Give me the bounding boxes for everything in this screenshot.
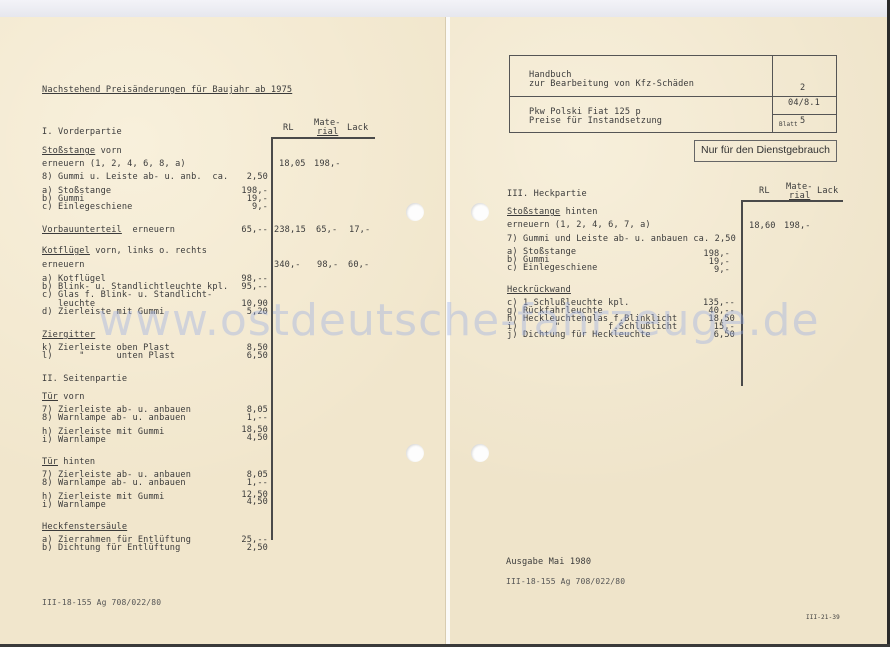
print-code: III-21-39 xyxy=(806,613,840,622)
header-sheet-number: 5 xyxy=(800,117,805,126)
part-label: c) Einlegeschiene xyxy=(507,264,598,273)
heading-suffix: vorn xyxy=(58,392,85,402)
part-value: 2,50 xyxy=(218,544,268,553)
renew-material-value: 198,- xyxy=(314,160,341,169)
column-header-lack: Lack xyxy=(347,124,368,133)
part-label: b) Dichtung für Entlüftung xyxy=(42,544,180,553)
column-header-rl: RL xyxy=(283,124,294,133)
part-value: 4,50 xyxy=(218,434,268,443)
heading-text: Tür xyxy=(42,457,58,467)
heading-suffix: vorn, links o. rechts xyxy=(90,246,207,256)
header-divider-small xyxy=(772,114,837,115)
scanner-background xyxy=(0,0,890,17)
left-footer-code: III-18-155 Ag 708/022/80 xyxy=(42,598,161,607)
column-header-material-2: rial xyxy=(317,128,338,137)
part-label: 8) Warnlampe ab- u. anbauen xyxy=(42,414,186,423)
header-line2: zur Bearbeitung von Kfz-Schäden xyxy=(529,80,694,89)
heading-ziergitter: Ziergitter xyxy=(42,331,95,340)
column-header-rl: RL xyxy=(759,187,770,196)
part-label: 8) Warnlampe ab- u. anbauen xyxy=(42,479,186,488)
column-divider xyxy=(741,200,743,386)
heading-suffix: erneuern xyxy=(122,225,175,235)
renew-line: erneuern (1, 2, 4, 6, 7, a) xyxy=(507,221,651,230)
vorbau-value: 65,-- xyxy=(218,226,268,235)
header-divider xyxy=(510,96,836,97)
heading-suffix: hinten xyxy=(58,457,95,467)
part-value: 1,-- xyxy=(218,479,268,488)
part-value: 9,- xyxy=(680,266,730,275)
part-value: 9,- xyxy=(218,203,268,212)
renew-rl-value: 18,05 xyxy=(279,160,306,169)
section-title-seitenpartie: II. Seitenpartie xyxy=(42,375,127,384)
section-title-heckpartie: III. Heckpartie xyxy=(507,190,587,199)
heading-text: Kotflügel xyxy=(42,246,90,256)
column-header-lack: Lack xyxy=(817,187,838,196)
watermark: www.ostdeutsche-fahrzeuge.de xyxy=(98,296,820,346)
part-value: 6,50 xyxy=(218,352,268,361)
line7-label: 7) Gummi und Leiste ab- u. anbauen ca. 2… xyxy=(507,235,736,244)
column-header-rule xyxy=(271,137,375,139)
kotfluegel-rl: 340,- xyxy=(274,261,301,270)
header-divider-vertical xyxy=(772,56,773,132)
renew-rl-value: 18,60 xyxy=(749,222,776,231)
column-header-rule xyxy=(741,200,843,202)
edition-note: Ausgabe Mai 1980 xyxy=(506,558,591,567)
heading-suffix: vorn xyxy=(95,146,122,156)
part-value: 1,-- xyxy=(218,414,268,423)
part-label: i) Warnlampe xyxy=(42,436,106,445)
kotfluegel-material: 98,- xyxy=(317,261,338,270)
header-subject: Preise für Instandsetzung xyxy=(529,117,662,126)
heading-stossstange-hinten: Stoßstange hinten xyxy=(507,208,598,217)
vorbau-rl: 238,15 xyxy=(274,226,306,235)
heading-kotfluegel: Kotflügel vorn, links o. rechts xyxy=(42,247,207,256)
punch-hole-left-bottom xyxy=(406,444,424,462)
line8-value: 2,50 xyxy=(228,173,268,182)
kotfluegel-lack: 60,- xyxy=(348,261,369,270)
heading-heckrueckwand: Heckrückwand xyxy=(507,286,571,295)
punch-hole-right-top xyxy=(471,203,489,221)
renew-material-value: 198,- xyxy=(784,222,811,231)
renew-line: erneuern (1, 2, 4, 6, 8, a) xyxy=(42,160,186,169)
section-title-vorderpartie: I. Vorderpartie xyxy=(42,128,122,137)
part-value: 95,-- xyxy=(218,283,268,292)
heading-tuer-vorn: Tür vorn xyxy=(42,393,85,402)
left-page-title: Nachstehend Preisänderungen für Baujahr … xyxy=(42,86,292,95)
part-label: i) Warnlampe xyxy=(42,501,106,510)
part-label: c) Einlegeschiene xyxy=(42,203,133,212)
header-group-number: 2 xyxy=(800,84,805,93)
heading-text: Stoßstange xyxy=(42,146,95,156)
header-section-code: 04/8.1 xyxy=(788,99,820,108)
vorbau-material: 65,- xyxy=(316,226,337,235)
punch-hole-left-top xyxy=(406,203,424,221)
right-footer-code: III-18-155 Ag 708/022/80 xyxy=(506,577,625,586)
heading-text: Stoßstange xyxy=(507,207,560,217)
line8-label: 8) Gummi u. Leiste ab- u. anb. ca. xyxy=(42,173,228,182)
restricted-use-stamp: Nur für den Dienstgebrauch xyxy=(694,140,837,162)
heading-stossstange-vorn: Stoßstange vorn xyxy=(42,147,122,156)
heading-vorbauunterteil: Vorbauunterteil erneuern xyxy=(42,226,175,235)
vorbau-lack: 17,- xyxy=(349,226,370,235)
part-label: l) " unten Plast xyxy=(42,352,175,361)
header-sheet-label: Blatt xyxy=(779,120,798,129)
heading-text: Vorbauunterteil xyxy=(42,225,122,235)
kotfluegel-renew: erneuern xyxy=(42,261,85,270)
heading-heckfenstersaeule: Heckfenstersäule xyxy=(42,523,127,532)
punch-hole-right-bottom xyxy=(471,444,489,462)
heading-suffix: hinten xyxy=(560,207,597,217)
part-value: 4,50 xyxy=(218,498,268,507)
heading-text: Tür xyxy=(42,392,58,402)
heading-tuer-hinten: Tür hinten xyxy=(42,458,95,467)
